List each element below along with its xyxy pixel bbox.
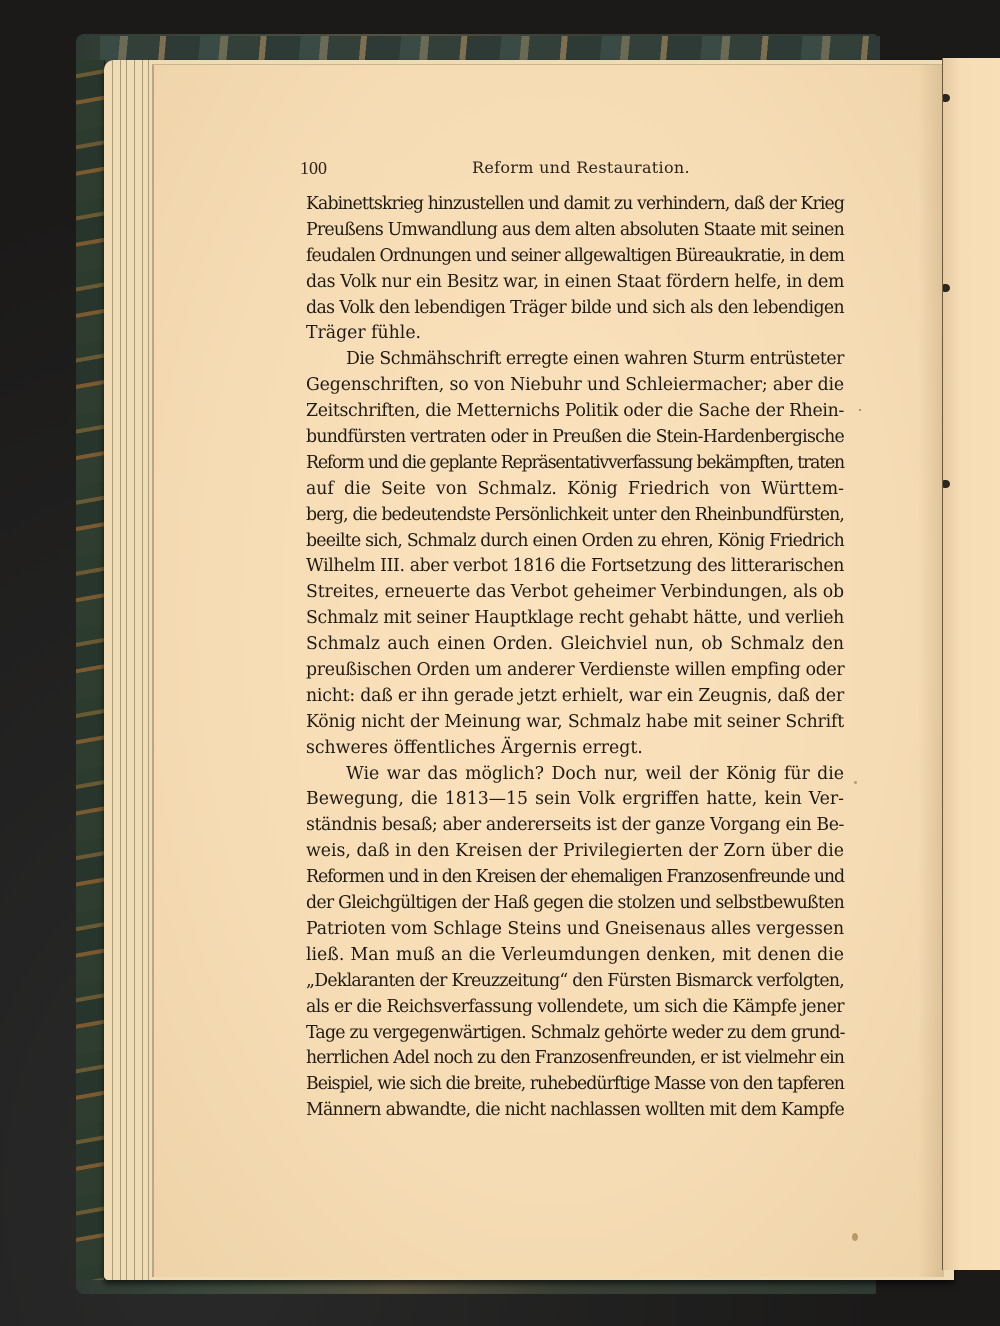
text-line: das Volk den lebendigen Träger bilde und… (306, 296, 844, 322)
page-edge (112, 60, 113, 1280)
text-line: auf die Seite von Schmalz. König Friedri… (306, 477, 844, 503)
text-line: beeilte sich, Schmalz durch einen Orden … (306, 529, 844, 555)
text-line: Streites, erneuerte das Verbot geheimer … (306, 580, 844, 606)
foxing-spot (852, 1233, 858, 1241)
text-line: preußischen Orden um anderer Verdienste … (306, 658, 844, 684)
page-edge (142, 60, 143, 1280)
text-line: Reform und die geplante Repräsentativver… (306, 451, 844, 477)
text-line: Träger fühle. (306, 321, 844, 347)
marbled-cover-top-edge (100, 36, 880, 62)
text-line: Wilhelm III. aber verbot 1816 die Fortse… (306, 554, 844, 580)
ink-mark (943, 284, 950, 292)
text-line: das Volk nur ein Besitz war, in einen St… (306, 270, 844, 296)
text-line: schweres öffentliches Ärgernis erregt. (306, 736, 844, 762)
text-line: bundfürsten vertraten oder in Preußen di… (306, 425, 844, 451)
text-line: herrlichen Adel noch zu den Franzosenfre… (306, 1046, 844, 1072)
text-line: ständnis besaß; aber andererseits ist de… (306, 813, 844, 839)
text-line: als er die Reichsverfassung vollendete, … (306, 995, 844, 1021)
text-line: Zeitschriften, die Metternichs Politik o… (306, 399, 844, 425)
text-line: Reformen und in den Kreisen der ehemalig… (306, 865, 844, 891)
running-head: Reform und Restauration. (472, 158, 690, 177)
gutter-shadow (918, 65, 944, 1277)
facing-page-edge (942, 58, 1000, 1270)
page-edge (126, 60, 127, 1280)
text-line: berg, die bedeutendste Persönlichkeit un… (306, 503, 844, 529)
text-line: Gegenschriften, so von Niebuhr und Schle… (306, 373, 844, 399)
text-line: nicht: daß er ihn gerade jetzt erhielt, … (306, 684, 844, 710)
text-line: Schmalz auch einen Orden. Gleichviel nun… (306, 632, 844, 658)
foxing-spot (854, 781, 857, 784)
text-line: „Deklaranten der Kreuzzeitung“ den Fürst… (306, 969, 844, 995)
text-line: ließ. Man muß an die Verleumdungen denke… (306, 943, 844, 969)
foxing-spot (859, 409, 861, 411)
text-line: König nicht der Meinung war, Schmalz hab… (306, 710, 844, 736)
ink-mark (943, 94, 950, 102)
text-line: Wie war das möglich? Doch nur, weil der … (306, 762, 844, 788)
page-edge (134, 60, 135, 1280)
text-line: Tage zu vergegenwärtigen. Schmalz gehört… (306, 1021, 844, 1047)
text-line: Männern abwandte, die nicht nachlassen w… (306, 1098, 844, 1124)
text-line: Bewegung, die 1813—15 sein Volk ergriffe… (306, 787, 844, 813)
text-line: weis, daß in den Kreisen der Privilegier… (306, 839, 844, 865)
body-text: Kabinettskrieg hinzustellen und damit zu… (306, 192, 844, 1124)
text-line: der Gleichgültigen der Haß gegen die sto… (306, 891, 844, 917)
text-line: feudalen Ordnungen und seiner allgewalti… (306, 244, 844, 270)
page-number: 100 (300, 158, 327, 179)
marbled-cover-left-edge (76, 60, 105, 1280)
text-line: Beispiel, wie sich die breite, ruhebedür… (306, 1072, 844, 1098)
text-line: Schmalz mit seiner Hauptklage recht geha… (306, 606, 844, 632)
text-line: Patrioten vom Schlage Steins und Gneisen… (306, 917, 844, 943)
text-line: Die Schmähschrift erregte einen wahren S… (306, 347, 844, 373)
page-edge (148, 60, 149, 1280)
page-header: 100 Reform und Restauration. (292, 154, 848, 184)
ink-mark (943, 480, 950, 488)
page-edge (120, 60, 121, 1280)
text-line: Preußens Umwandlung aus dem alten absolu… (306, 218, 844, 244)
text-line: Kabinettskrieg hinzustellen und damit zu… (306, 192, 844, 218)
